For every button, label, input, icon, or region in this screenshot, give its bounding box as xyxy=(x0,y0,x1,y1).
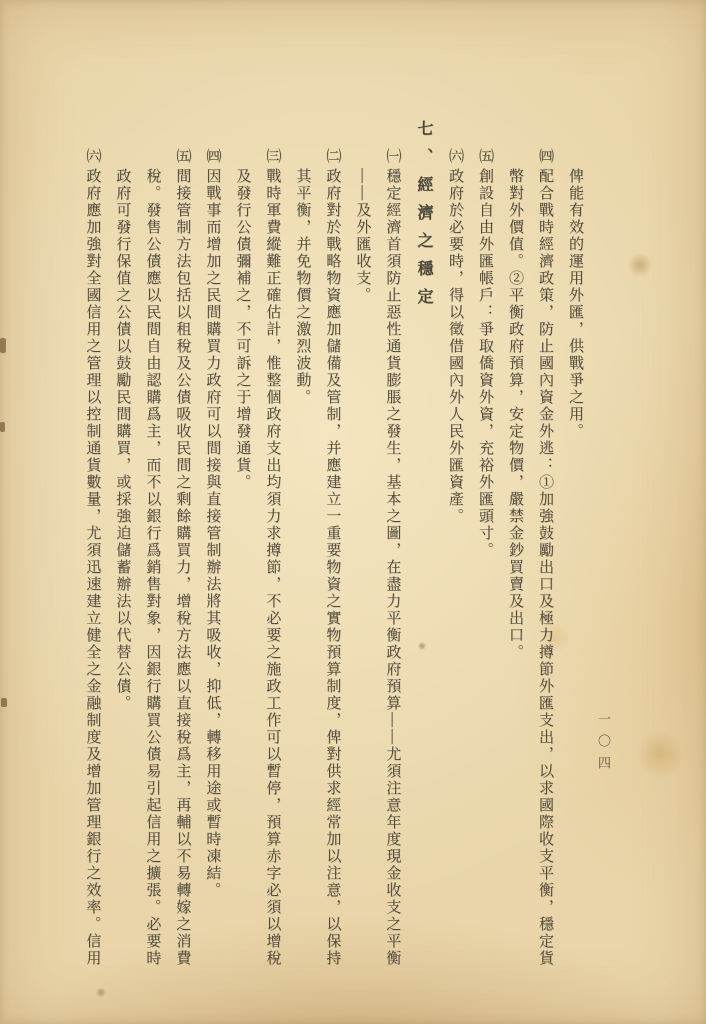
item-marker: ㈥ xyxy=(447,148,463,165)
text-column: 俾能有效的運用外匯，供戰爭之用。 xyxy=(567,120,582,980)
item-marker: ㈣ xyxy=(537,148,553,165)
text-column: ㈣配合戰時經濟政策，防止國內資金外逃：①加強鼓勵出口及極力撙節外匯支出，以求國際… xyxy=(537,120,552,980)
item-marker: ㈢ xyxy=(264,148,280,165)
column-text: 俾能有效的運用外匯，供戰爭之用。 xyxy=(567,168,583,440)
text-column: 稅。發售公債應以民間自由認購爲主，而不以銀行爲銷售對象，因銀行購買公債易引起信用… xyxy=(144,120,159,980)
text-column: 及發行公債彌補之，不可訴之于增發通貨。 xyxy=(234,120,249,980)
text-column: ㈡政府對於戰略物資應加儲備及管制，并應建立一重要物資之實物預算制度，俾對供求經常… xyxy=(324,120,339,980)
item-marker: ㈤ xyxy=(174,148,190,165)
text-column: 政府可發行保值之公債以鼓勵民間購買，或採強迫儲蓄辦法以代替公債。 xyxy=(114,120,129,980)
text-column: ㈤間接管制方法包括以租稅及公債吸收民間之剩餘購買力，增稅方法應以直接稅爲主，再輔… xyxy=(174,120,189,980)
paper-speck xyxy=(96,988,106,997)
text-column: ㈣因戰事而增加之民間購買力政府可以間接與直接管制辦法將其吸收，抑低，轉移用途或暫… xyxy=(204,120,219,980)
paper-stain xyxy=(628,252,652,278)
column-text: 其平衡，并免物價之激烈波動。 xyxy=(294,168,310,406)
column-text: ——及外匯收支。 xyxy=(354,168,370,304)
vertical-text-block: 俾能有效的運用外匯，供戰爭之用。㈣配合戰時經濟政策，防止國內資金外逃：①加強鼓勵… xyxy=(69,120,582,980)
text-column: ㈥政府應加強對全國信用之管理以控制通貨數量，尤須迅速建立健全之金融制度及增加管理… xyxy=(84,120,99,980)
column-text: 政府於必要時，得以徵借國內外人民外匯資產。 xyxy=(447,168,463,525)
column-text: 政府可發行保值之公債以鼓勵民間購買，或採強迫儲蓄辦法以代替公債。 xyxy=(114,168,130,712)
text-column: ㈠穩定經濟首須防止惡性通貨膨脹之發生，基本之圖，在盡力平衡政府預算——尤須注意年… xyxy=(384,120,399,980)
column-text: 政府對於戰略物資應加儲備及管制，并應建立一重要物資之實物預算制度，俾對供求經常加… xyxy=(324,168,340,967)
text-column: ㈤創設自由外匯帳戶：爭取僑資外資，充裕外匯頭寸。 xyxy=(477,120,492,980)
section-heading: 七、經濟之穩定 xyxy=(414,120,432,980)
column-text: 創設自由外匯帳戶：爭取僑資外資，充裕外匯頭寸。 xyxy=(477,168,493,559)
text-column: 其平衡，并免物價之激烈波動。 xyxy=(294,120,309,980)
text-column: 幣對外價值。②平衡政府預算，安定物價，嚴禁金鈔買賣及出口。 xyxy=(507,120,522,980)
item-marker: ㈡ xyxy=(324,148,340,165)
edge-mark xyxy=(1,698,7,707)
item-marker: ㈠ xyxy=(384,148,400,165)
edge-mark xyxy=(0,422,5,432)
text-column: ㈢戰時軍費縱難正確估計，惟整個政府支出均須力求撙節，不必要之施政工作可以暫停，預… xyxy=(264,120,279,980)
text-column: ㈥政府於必要時，得以徵借國內外人民外匯資產。 xyxy=(447,120,462,980)
column-text: 及發行公債彌補之，不可訴之于增發通貨。 xyxy=(234,168,250,491)
page-number: 一〇四 xyxy=(597,712,610,778)
column-text: 戰時軍費縱難正確估計，惟整個政府支出均須力求撙節，不必要之施政工作可以暫停，預算… xyxy=(264,168,280,967)
item-marker: ㈥ xyxy=(84,148,100,165)
item-marker: ㈤ xyxy=(477,148,493,165)
column-text: 幣對外價值。②平衡政府預算，安定物價，嚴禁金鈔買賣及出口。 xyxy=(507,168,523,661)
column-text: 因戰事而增加之民間購買力政府可以間接與直接管制辦法將其吸收，抑低，轉移用途或暫時… xyxy=(204,168,220,899)
edge-mark xyxy=(0,338,6,353)
column-text: 政府應加強對全國信用之管理以控制通貨數量，尤須迅速建立健全之金融制度及增加管理銀… xyxy=(84,168,100,967)
column-text: 間接管制方法包括以租稅及公債吸收民間之剩餘購買力，增稅方法應以直接稅爲主，再輔以… xyxy=(174,168,190,967)
scanned-document-page: 俾能有效的運用外匯，供戰爭之用。㈣配合戰時經濟政策，防止國內資金外逃：①加強鼓勵… xyxy=(0,0,706,1024)
column-text: 稅。發售公債應以民間自由認購爲主，而不以銀行爲銷售對象，因銀行購買公債易引起信用… xyxy=(144,168,160,967)
paper-stain xyxy=(638,728,682,780)
column-text: 穩定經濟首須防止惡性通貨膨脹之發生，基本之圖，在盡力平衡政府預算——尤須注意年度… xyxy=(384,168,400,967)
item-marker: ㈣ xyxy=(204,148,220,165)
column-text: 七、經濟之穩定 xyxy=(415,120,432,316)
column-text: 配合戰時經濟政策，防止國內資金外逃：①加強鼓勵出口及極力撙節外匯支出，以求國際收… xyxy=(537,168,553,967)
text-column: ——及外匯收支。 xyxy=(354,120,369,980)
